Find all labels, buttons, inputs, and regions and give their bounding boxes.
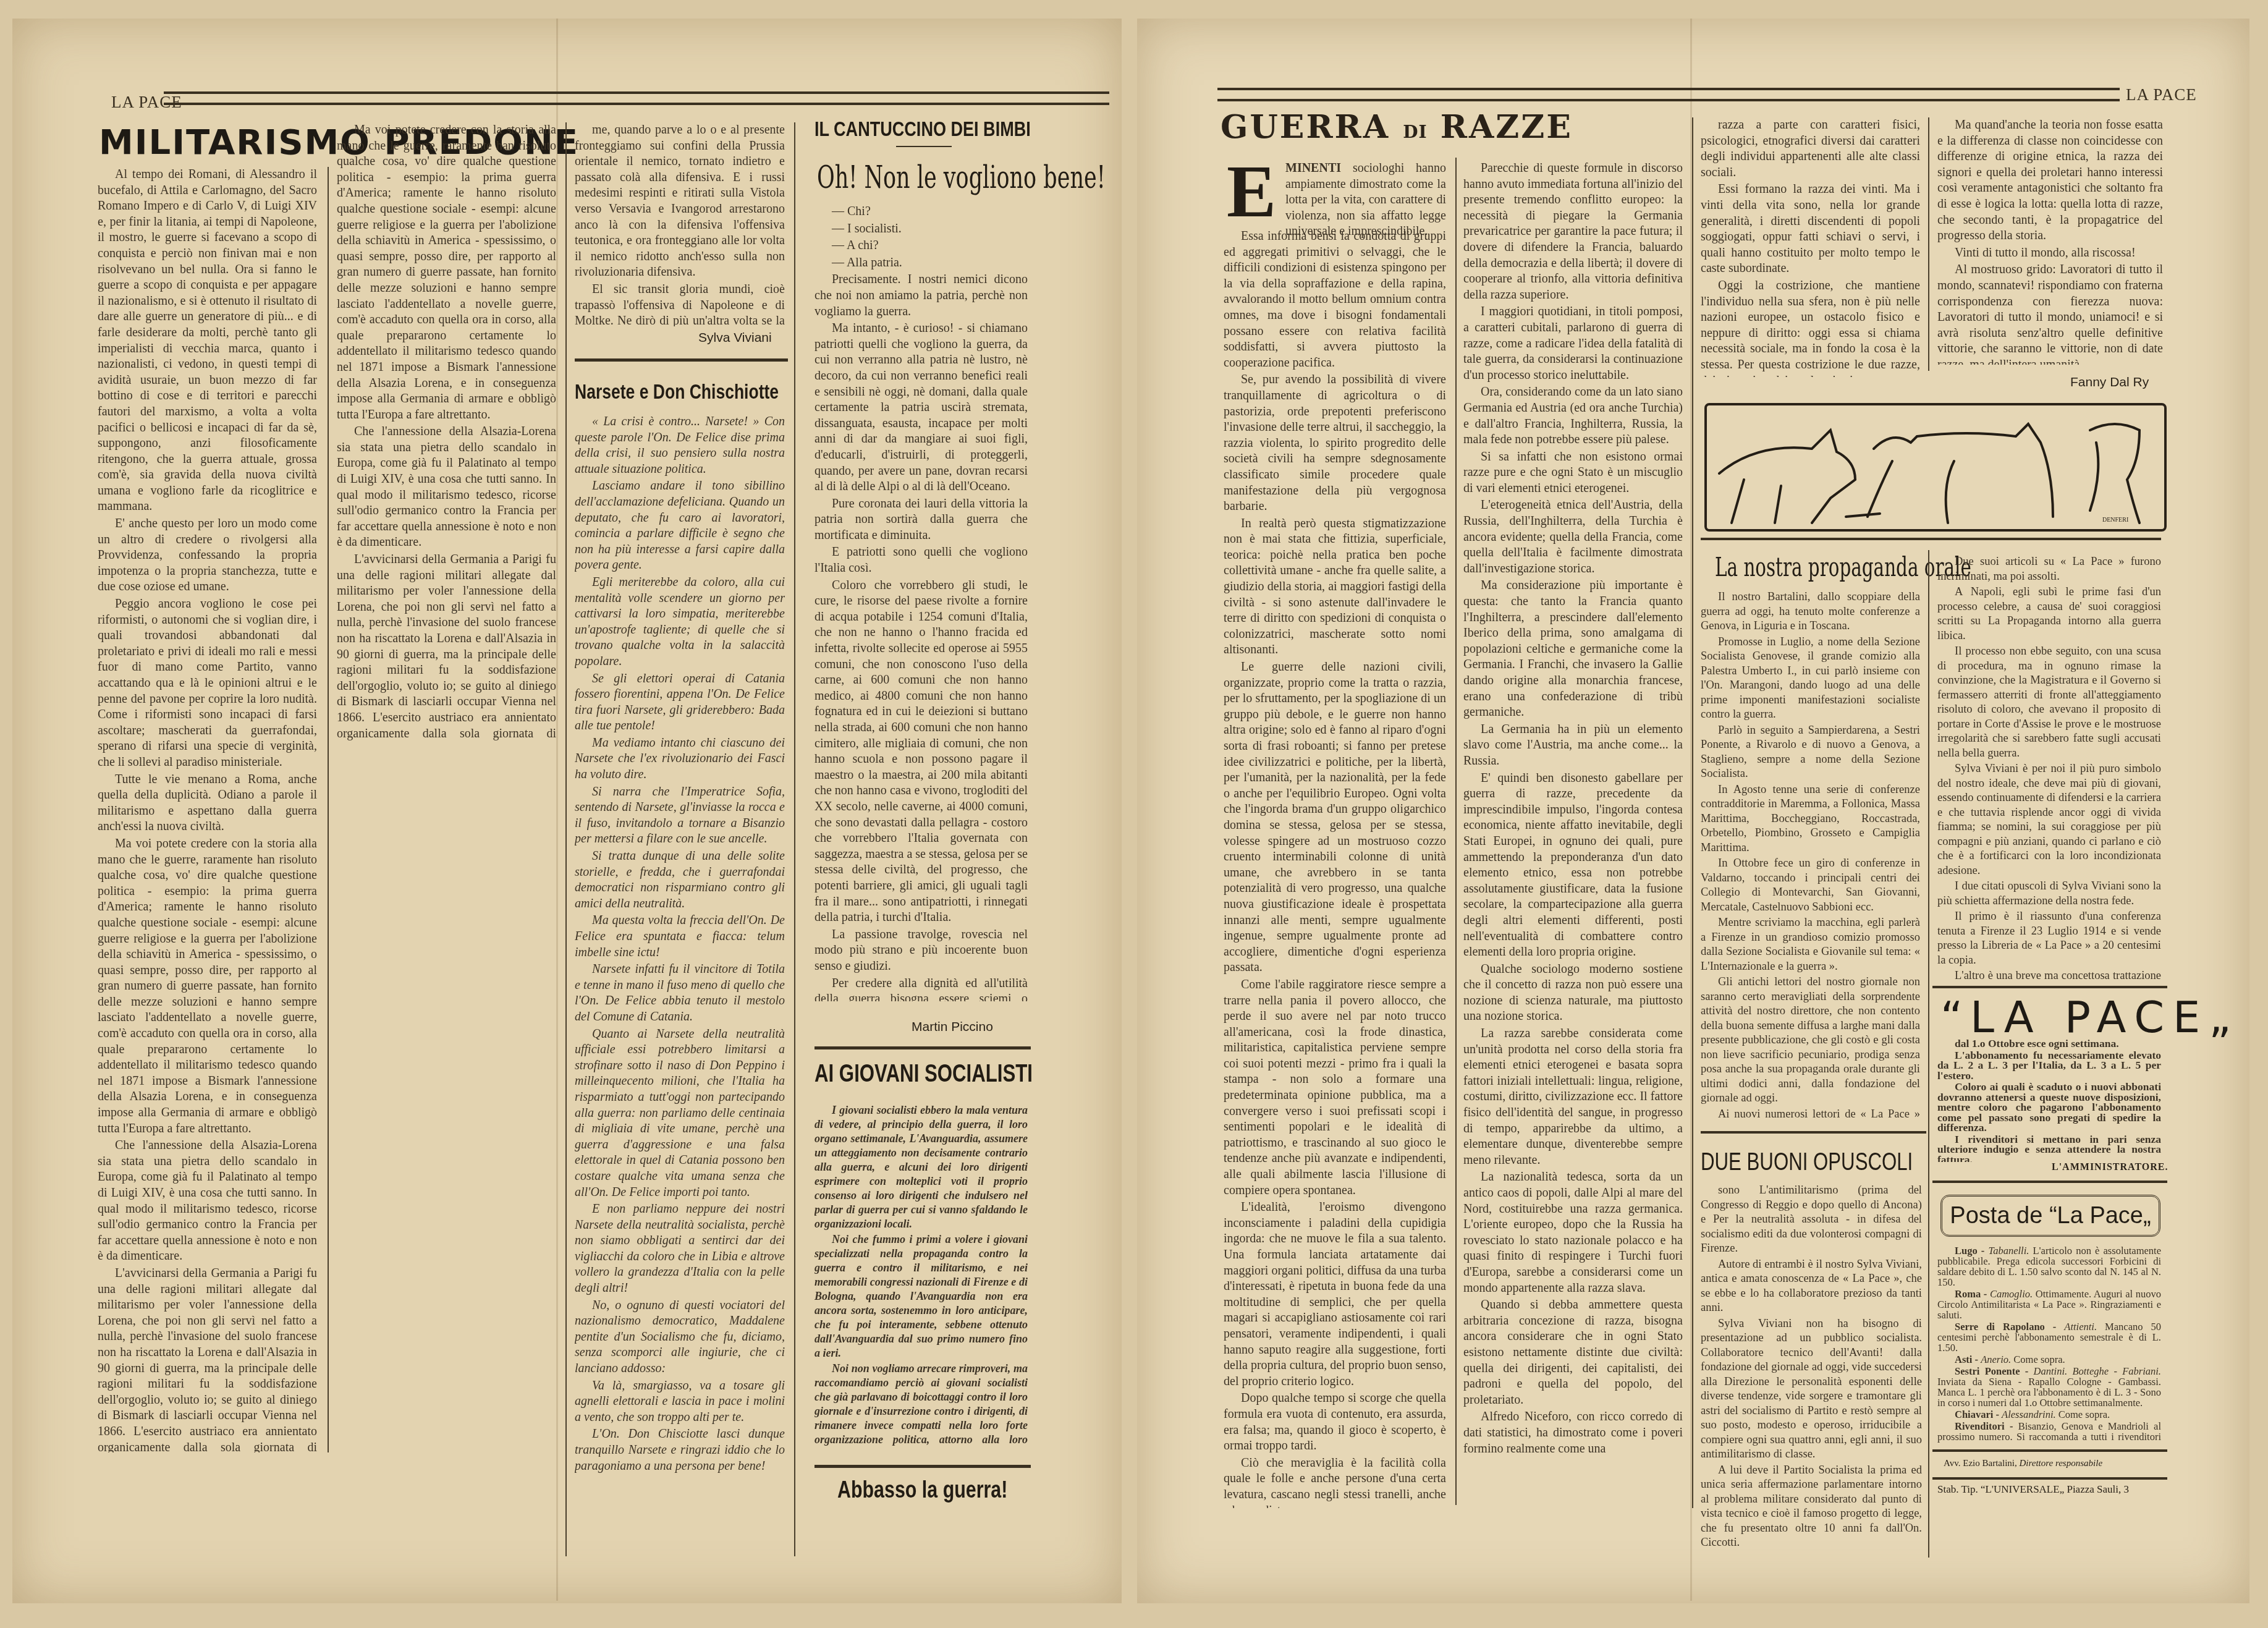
- paragraph: Ora, considerando come da un lato siano …: [1463, 384, 1683, 447]
- headline-giovani-socialisti: AI GIOVANI SOCIALISTI: [815, 1060, 1033, 1088]
- signature-piccino: Martin Piccino: [912, 1020, 993, 1035]
- article-viviani-cont: Due suoi articoli su « La Pace » furono …: [1937, 555, 2161, 981]
- paragraph: Si tratta dunque di una delle solite sto…: [575, 849, 785, 912]
- wolves-drawing-icon: DENFERI: [1707, 405, 2164, 529]
- paragraph: Oggi la costrizione, che mantiene l'indi…: [1701, 278, 1920, 377]
- paragraph: Gli antichi lettori del nostro giornale …: [1701, 975, 1920, 1106]
- paragraph: L'On. Don Chisciotte lasci dunque tranqu…: [575, 1427, 785, 1474]
- article-militarismo-col2: Ma voi potete credere con la storia alla…: [337, 122, 556, 740]
- article-giovani: I giovani socialisti ebbero la mala vent…: [815, 1103, 1028, 1449]
- paragraph: In Agosto tenne una serie di conferenze …: [1701, 783, 1920, 856]
- paragraph: La nazionalità tedesca, sorta da un anti…: [1463, 1169, 1683, 1296]
- paragraph: I rivenditori si mettano in pari senza u…: [1937, 1134, 2161, 1163]
- running-head-right: LA PACE: [2126, 85, 2197, 104]
- paragraph: sono L'antimilitarismo (prima del Congre…: [1701, 1184, 1922, 1257]
- paragraph: Essi formano la razza dei vinti. Ma i vi…: [1701, 182, 1920, 277]
- paragraph: Vinti di tutto il mondo, alla riscossa!: [1937, 245, 2163, 261]
- paragraph: Sylva Viviani è per noi il più puro simb…: [1937, 762, 2161, 878]
- article-militarismo-col1: Al tempo dei Romani, di Alessandro il bu…: [98, 167, 317, 1452]
- paragraph: Se, pur avendo la possibilità di vivere …: [1224, 372, 1446, 514]
- paragraph: A lui deve il Partito Socialista la prim…: [1701, 1464, 1922, 1549]
- paragraph: Alfredo Niceforo, con ricco corredo di d…: [1463, 1409, 1683, 1457]
- paragraph: L'abbonamento fu necessariamente elevato…: [1937, 1050, 2161, 1081]
- notice-subscription: dal 1.o Ottobre esce ogni settimana.L'ab…: [1937, 1038, 2161, 1162]
- posta-entry: Roma - Camoglio. Ottimamente. Auguri al …: [1937, 1289, 2161, 1320]
- paragraph: I maggiori quotidiani, in titoli pomposi…: [1463, 304, 1683, 383]
- paragraph: Ciò che meraviglia è la facilità colla q…: [1224, 1456, 1446, 1508]
- paragraph: Ma voi potete credere con la storia alla…: [337, 122, 556, 423]
- paragraph: razza a parte con caratteri fisici, psic…: [1701, 117, 1920, 180]
- paragraph: I due citati opuscoli di Sylva Viviani s…: [1937, 880, 2161, 909]
- director-line: Avv. Ezio Bartalini, Direttore responsab…: [1944, 1459, 2102, 1469]
- section-rule: [1932, 986, 2167, 988]
- signature-viviani: Sylva Viviani: [698, 331, 772, 346]
- paragraph: Peggio ancora vogliono le cose pei rifor…: [98, 596, 317, 771]
- paragraph: L'eterogeneità etnica dell'Austria, dell…: [1463, 498, 1683, 577]
- paragraph: In realtà però questa stigmatizzazione n…: [1224, 516, 1446, 658]
- article-propaganda: Il nostro Bartalini, dallo scoppiare del…: [1701, 590, 1920, 1119]
- header-rule: [1217, 88, 2120, 101]
- paragraph: — A chi?: [815, 238, 1028, 254]
- paragraph: Quando si debba ammettere questa arbitra…: [1463, 1297, 1683, 1408]
- header-rule: [164, 91, 1109, 105]
- paragraph: La passione travolge, rovescia nel modo …: [815, 927, 1028, 975]
- headline-propaganda-orale: La nostra propaganda orale: [1715, 552, 1971, 582]
- paragraph: El sic transit gloria mundi, cioè trapas…: [575, 282, 785, 326]
- paragraph: E patriotti sono quelli che vogliono l'I…: [815, 545, 1028, 576]
- section-rule: [1701, 1131, 1926, 1134]
- title-underline: [896, 146, 952, 147]
- paragraph: E' quindi ben disonesto gabellare per gu…: [1463, 771, 1683, 960]
- paragraph: Lasciamo andare il tono sibillino dell'a…: [575, 478, 785, 574]
- paragraph: Si sa infatti che non esistono ormai raz…: [1463, 449, 1683, 497]
- posta-entry: Lugo - Tabanelli. L'articolo non è assol…: [1937, 1245, 2161, 1287]
- paragraph: Ma quand'anche la teoria non fosse esatt…: [1937, 117, 2163, 244]
- article-guerra-col2: Parecchie di queste formule in discorso …: [1463, 161, 1683, 1508]
- notice-la-pace-title: “LA PACE„: [1940, 992, 2240, 1043]
- fold-crease: [556, 19, 558, 1601]
- paragraph: Due suoi articoli su « La Pace » furono …: [1937, 555, 2161, 584]
- paragraph: Ai nuovi numerosi lettori de « La Pace »…: [1701, 1108, 1920, 1119]
- paragraph: Parlò in seguito a Sampierdarena, a Sest…: [1701, 724, 1920, 782]
- paragraph: In Ottobre fece un giro di conferenze in…: [1701, 857, 1920, 915]
- headline-narsete: Narsete e Don Chischiotte: [575, 380, 779, 404]
- article-militarismo-col3: me, quando parve a lo o e al presente fr…: [575, 122, 785, 326]
- paragraph: Il nostro Bartalini, dallo scoppiare del…: [1701, 590, 1920, 634]
- column-divider: [1692, 117, 1693, 1508]
- slogan-abbasso-la-guerra: Abbasso la guerra!: [837, 1477, 1007, 1504]
- paragraph: Ma considerazione più importante è quest…: [1463, 578, 1683, 720]
- paragraph: A Napoli, egli subì le prime fasi d'un p…: [1937, 585, 2161, 643]
- paragraph: L'avvicinarsi della Germania a Parigi fu…: [98, 1266, 317, 1452]
- paragraph: Noi non vogliamo arrecare rimproveri, ma…: [815, 1362, 1028, 1449]
- paragraph: « La crisi è contro... Narsete! » Con qu…: [575, 414, 785, 477]
- column-divider: [794, 122, 795, 1556]
- paragraph: Che l'annessione della Alsazia-Lorena si…: [337, 424, 556, 551]
- paragraph: Qualche sociologo moderno sostiene che i…: [1463, 962, 1683, 1025]
- notice-signed: L'AMMINISTRATORE.: [2052, 1162, 2168, 1173]
- paragraph: Parecchie di queste formule in discorso …: [1463, 161, 1683, 303]
- article-guerra-col1: MINENTI sociologhi hanno ampiamente dimo…: [1224, 161, 1446, 1508]
- wolves-illustration: DENFERI: [1704, 403, 2167, 532]
- paragraph: Come l'abile raggiratore riesce sempre a…: [1224, 977, 1446, 1198]
- paragraph: Ma questa volta la freccia dell'On. De F…: [575, 913, 785, 960]
- paragraph: Narsete infatti fu il vincitore di Totil…: [575, 962, 785, 1025]
- paragraph: Coloro ai quali è scaduto o i nuovi abbo…: [1937, 1082, 2161, 1133]
- section-rule: [1701, 538, 2161, 540]
- article-guerra-col4: Ma quand'anche la teoria non fosse esatt…: [1937, 117, 2163, 365]
- paragraph: No, o ognuno di questi vociatori del naz…: [575, 1298, 785, 1377]
- paragraph: Mentre scriviamo la macchina, egli parle…: [1701, 916, 1920, 974]
- column-divider: [565, 122, 567, 1556]
- paragraph: me, quando parve a lo o e al presente fr…: [575, 122, 785, 281]
- paragraph: L'altro è una breve ma concettosa tratta…: [1937, 969, 2161, 981]
- article-guerra-col3: razza a parte con caratteri fisici, psic…: [1701, 117, 1920, 377]
- paragraph: Il primo è il riassunto d'una conferenza…: [1937, 910, 2161, 968]
- posta-entries: Lugo - Tabanelli. L'articolo non è assol…: [1937, 1245, 2161, 1443]
- paragraph: Precisamente. I nostri nemici dicono che…: [815, 272, 1028, 320]
- posta-entry: Rivenditori - Bisanzio, Genova e Mandrio…: [1937, 1421, 2161, 1443]
- paragraph: Al tempo dei Romani, di Alessandro il bu…: [98, 167, 317, 515]
- paragraph: E' anche questo per loro un modo come un…: [98, 516, 317, 595]
- section-rule: [815, 1465, 1031, 1468]
- paragraph: La razza sarebbe considerata come un'uni…: [1463, 1026, 1683, 1168]
- posta-entry: Asti - Anerio. Come sopra.: [1937, 1354, 2161, 1365]
- section-rule: [815, 1046, 1031, 1049]
- column-divider: [328, 167, 329, 1452]
- posta-title: Posta de “La Pace„: [1940, 1195, 2160, 1237]
- paragraph: Egli meriterebbe da coloro, alla cui men…: [575, 575, 785, 670]
- paragraph: Ma voi potete credere con la storia alla…: [98, 836, 317, 1137]
- paragraph: Sylva Viviani non ha bisogno di presenta…: [1701, 1317, 1922, 1462]
- paragraph: Quanto ai Narsete della neutralità uffic…: [575, 1027, 785, 1201]
- paragraph: Per credere alla dignità ed all'utilità …: [815, 976, 1028, 1002]
- paragraph: Ma vediamo intanto chi ciascuno dei Nars…: [575, 736, 785, 783]
- paragraph: Tutte le vie menano a Roma, anche quella…: [98, 772, 317, 835]
- svg-text:DENFERI: DENFERI: [2102, 517, 2128, 524]
- paragraph: Che l'annessione della Alsazia-Lorena si…: [98, 1138, 317, 1265]
- column-divider: [1928, 117, 1929, 371]
- paragraph: Il processo non ebbe seguito, con una sc…: [1937, 645, 2161, 761]
- signature-dal-ry: Fanny Dal Ry: [2070, 375, 2149, 390]
- headline-guerra-di-razze: GUERRA DI RAZZE: [1221, 108, 1573, 146]
- paragraph: Autore di entrambi è il nostro Sylva Viv…: [1701, 1258, 1922, 1316]
- subtitle-non-le-vogliono-bene: Oh! Non le vogliono bene!: [817, 159, 1106, 195]
- section-rule: [1932, 1181, 2167, 1183]
- headline-due-buoni-opuscoli: DUE BUONI OPUSCOLI: [1701, 1148, 1913, 1176]
- posta-entry: Chiavari - Alessandrini. Come sopra.: [1937, 1409, 2161, 1420]
- paragraph: Noi che fummo i primi a volere i giovani…: [815, 1232, 1028, 1360]
- paragraph: I giovani socialisti ebbero la mala vent…: [815, 1103, 1028, 1231]
- paragraph: Le guerre delle nazioni civili, organizz…: [1224, 659, 1446, 976]
- section-rule: [1932, 1477, 2167, 1480]
- paragraph: — I socialisti.: [815, 221, 1028, 237]
- article-opuscoli: sono L'antimilitarismo (prima del Congre…: [1701, 1184, 1922, 1548]
- article-cantuccino: — Chi?— I socialisti.— A chi?— Alla patr…: [815, 204, 1028, 1001]
- paragraph: — Alla patria.: [815, 255, 1028, 271]
- paragraph: Va là, smargiasso, va a tosare gli agnel…: [575, 1378, 785, 1426]
- section-rule: [1932, 1449, 2167, 1452]
- posta-entry: Serre di Rapolano - Attienti. Mancano 50…: [1937, 1321, 2161, 1353]
- column-divider: [1928, 550, 1929, 1558]
- paragraph: Se gli elettori operai di Catania fosser…: [575, 671, 785, 734]
- paragraph: Pure coronata dei lauri della vittoria l…: [815, 496, 1028, 544]
- paragraph: Promosse in Luglio, a nome della Sezione…: [1701, 635, 1920, 723]
- posta-entry: Sestri Ponente - Dantini. Botteghe - Fab…: [1937, 1366, 2161, 1408]
- paragraph: La Germania ha in più un elemento slavo …: [1463, 722, 1683, 769]
- article-narsete: « La crisi è contro... Narsete! » Con qu…: [575, 414, 785, 1551]
- paragraph: — Chi?: [815, 204, 1028, 220]
- paragraph: Al mostruoso grido: Lavoratori di tutto …: [1937, 262, 2163, 365]
- paragraph: L'avvicinarsi della Germania a Parigi fu…: [337, 552, 556, 740]
- paragraph: L'idealità, l'eroismo divengono inconsci…: [1224, 1200, 1446, 1389]
- paragraph: dal 1.o Ottobre esce ogni settimana.: [1937, 1038, 2161, 1049]
- section-rule: [575, 358, 788, 362]
- paragraph: Si narra che l'Imperatrice Sofia, senten…: [575, 784, 785, 847]
- paragraph: E non parliamo neppure dei nostri Narset…: [575, 1202, 785, 1297]
- printer-line: Stab. Tip. “L'UNIVERSALE„ Piazza Sauli, …: [1937, 1483, 2129, 1496]
- paragraph: Essa informa bensì la condotta di gruppi…: [1224, 229, 1446, 371]
- column-divider: [1455, 158, 1457, 1505]
- section-cantuccino: IL CANTUCCINO DEI BIMBI: [815, 117, 1031, 141]
- paragraph: Ma intanto, - è curioso! - si chiamano p…: [815, 321, 1028, 495]
- paragraph: Dopo qualche tempo si scorge che quella …: [1224, 1391, 1446, 1454]
- paragraph: Coloro che vorrebbero gli studi, le cure…: [815, 578, 1028, 926]
